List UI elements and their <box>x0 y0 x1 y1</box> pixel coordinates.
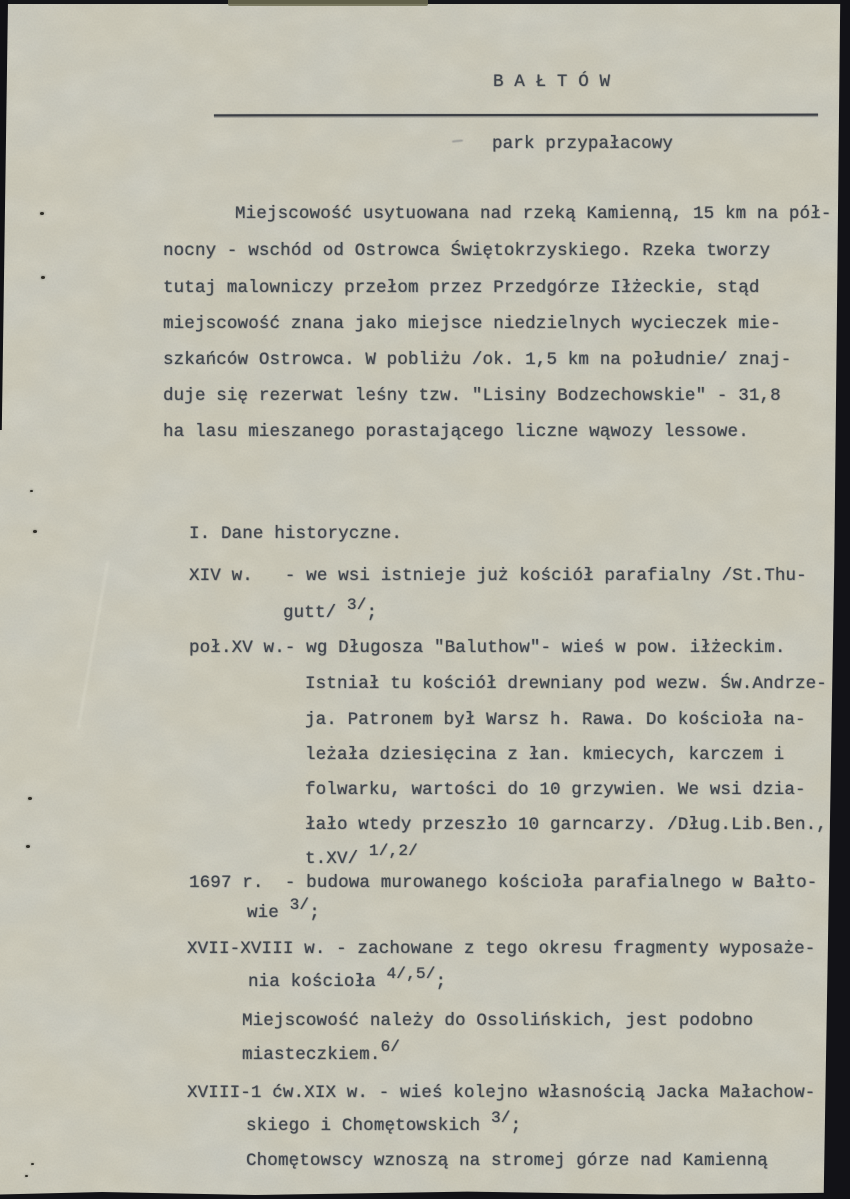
text-line: Chomętowscy wznoszą na stromej górze nad… <box>246 1150 768 1172</box>
footnote-ref: 1/,2/ <box>369 842 418 860</box>
text-line: ha lasu mieszanego porastającego liczne … <box>163 421 749 443</box>
text-segment: leżała dziesięcina z łan. kmiecych, karc… <box>305 745 784 765</box>
text-line: duje się rezerwat leśny tzw. "Lisiny Bod… <box>163 385 781 407</box>
text-segment: ha lasu mieszanego porastającego liczne … <box>163 422 749 442</box>
footnote-ref: 4/,5/ <box>386 965 435 983</box>
text-line: nocny - wschód od Ostrowca Świętokrzyski… <box>163 240 770 262</box>
text-segment: poł.XV w.- wg Długosza "Baluthow"- wieś … <box>189 638 786 658</box>
text-line: łało wtedy przeszło 10 garncarzy. /Dług.… <box>305 814 827 836</box>
text-segment: ja. Patronem był Warsz h. Rawa. Do kości… <box>305 710 806 730</box>
text-segment: ; <box>367 603 378 623</box>
text-line: miasteczkiem.6/ <box>242 1044 400 1066</box>
text-segment: łało wtedy przeszło 10 garncarzy. /Dług.… <box>305 815 827 835</box>
text-segment: miasteczkiem. <box>242 1045 380 1065</box>
scanned-document-page: B A Ł T Ó W park przypałacowy Miejscowoś… <box>0 0 850 1199</box>
document-title: B A Ł T Ó W <box>493 71 610 93</box>
text-segment: tutaj malowniczy przełom przez Przedgórz… <box>163 278 760 298</box>
text-segment: skiego i Chomętowskich <box>246 1116 491 1136</box>
text-segment: nocny - wschód od Ostrowca Świętokrzyski… <box>163 241 770 261</box>
text-segment: I. Dane historyczne. <box>189 524 402 544</box>
text-segment: Miejscowość usytuowana nad rzeką Kamienn… <box>235 204 832 224</box>
text-line: Miejscowość należy do Ossolińskich, jest… <box>242 1010 753 1032</box>
text-segment: wie <box>247 903 290 923</box>
text-line: Miejscowość usytuowana nad rzeką Kamienn… <box>235 203 832 225</box>
text-line: skiego i Chomętowskich 3/; <box>246 1115 521 1137</box>
footnote-ref: 6/ <box>380 1038 400 1056</box>
text-segment: 1697 r. - budowa murowanego kościoła par… <box>189 873 817 893</box>
text-segment: ; <box>511 1116 522 1136</box>
text-segment: nia kościoła <box>248 972 386 992</box>
text-segment: XIV w. - we wsi istnieje już kościół par… <box>189 566 807 586</box>
text-line: t.XV/ 1/,2/ <box>305 848 418 870</box>
text-line: poł.XV w.- wg Długosza "Baluthow"- wieś … <box>189 637 786 659</box>
text-line: nia kościoła 4/,5/; <box>248 971 446 993</box>
text-line: gutt/ 3/; <box>283 602 377 624</box>
text-line: folwarku, wartości do 10 grzywien. We ws… <box>305 779 806 801</box>
text-segment: t.XV/ <box>305 849 369 869</box>
text-line: 1697 r. - budowa murowanego kościoła par… <box>189 872 817 894</box>
text-line: Istniał tu kościół drewniany pod wezw. Ś… <box>305 673 827 695</box>
text-line: miejscowość znana jako miejsce niedzieln… <box>163 313 781 335</box>
text-segment: XVIII-1 ćw.XIX w. - wieś kolejno własnoś… <box>187 1083 815 1103</box>
text-segment: szkańców Ostrowca. W pobliżu /ok. 1,5 km… <box>163 350 791 370</box>
footnote-ref: 3/ <box>290 896 310 914</box>
typewritten-text-layer: B A Ł T Ó W park przypałacowy Miejscowoś… <box>0 0 850 1199</box>
text-line: I. Dane historyczne. <box>189 523 402 545</box>
text-line: wie 3/; <box>247 902 320 924</box>
text-line: ja. Patronem był Warsz h. Rawa. Do kości… <box>305 709 806 731</box>
text-segment: Chomętowscy wznoszą na stromej górze nad… <box>246 1151 768 1171</box>
text-segment: ; <box>309 903 320 923</box>
text-line: XVII-XVIII w. - zachowane z tego okresu … <box>187 938 815 960</box>
text-segment: Istniał tu kościół drewniany pod wezw. Ś… <box>305 674 827 694</box>
text-line: szkańców Ostrowca. W pobliżu /ok. 1,5 km… <box>163 349 791 371</box>
footnote-ref: 3/ <box>491 1109 511 1127</box>
text-line: tutaj malowniczy przełom przez Przedgórz… <box>163 277 760 299</box>
text-line: XIV w. - we wsi istnieje już kościół par… <box>189 565 807 587</box>
text-segment: duje się rezerwat leśny tzw. "Lisiny Bod… <box>163 386 781 406</box>
text-segment: folwarku, wartości do 10 grzywien. We ws… <box>305 780 806 800</box>
text-line: XVIII-1 ćw.XIX w. - wieś kolejno własnoś… <box>187 1082 815 1104</box>
text-segment: Miejscowość należy do Ossolińskich, jest… <box>242 1011 753 1031</box>
text-segment: XVII-XVIII w. - zachowane z tego okresu … <box>187 939 815 959</box>
text-segment: miejscowość znana jako miejsce niedzieln… <box>163 314 781 334</box>
document-subtitle: park przypałacowy <box>492 133 673 155</box>
text-segment: ; <box>436 972 447 992</box>
title-underline <box>214 114 818 117</box>
footnote-ref: 3/ <box>347 596 367 614</box>
text-line: leżała dziesięcina z łan. kmiecych, karc… <box>305 744 784 766</box>
text-segment: gutt/ <box>283 603 347 623</box>
